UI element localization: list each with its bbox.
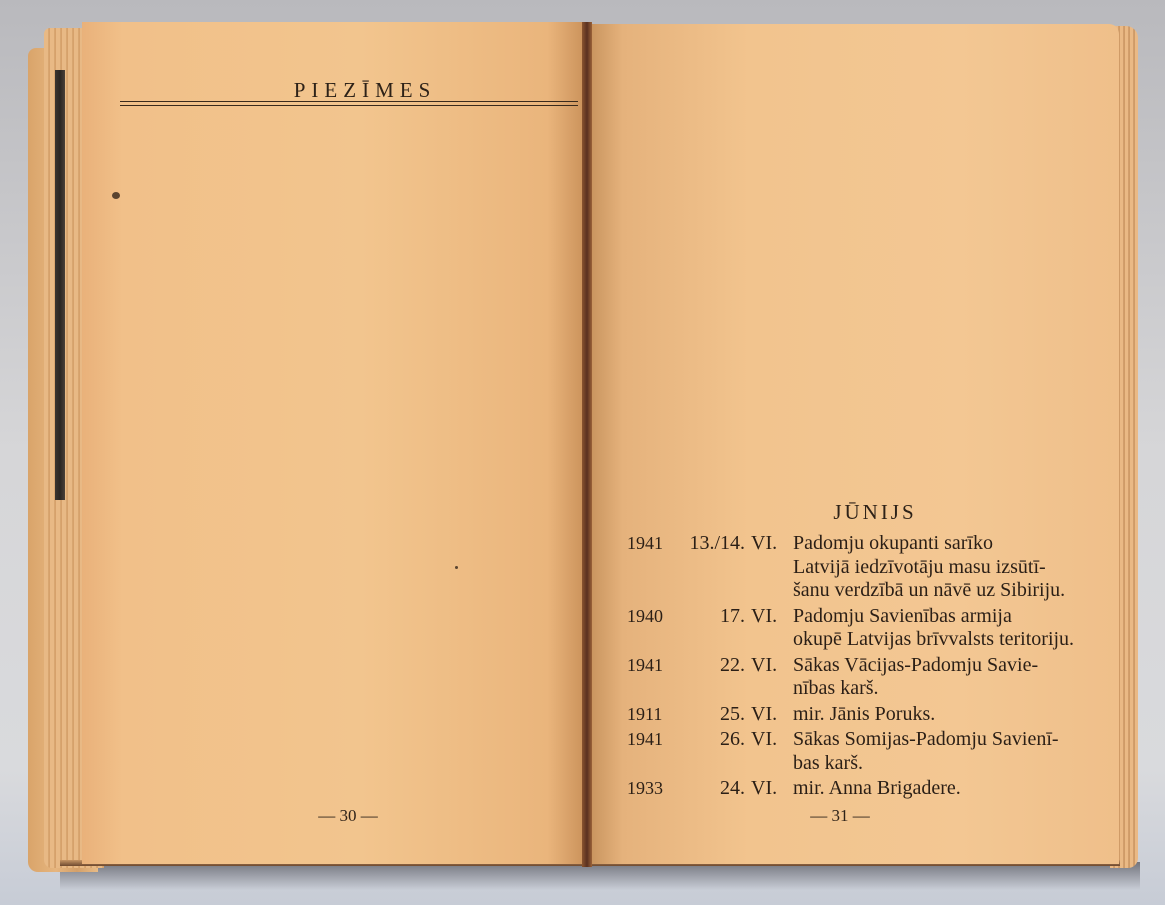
event-row: 1940 17. VI. Padomju Savienības armija o…	[627, 605, 1097, 652]
event-year: 1911	[627, 703, 667, 727]
event-date: 22.	[667, 654, 751, 701]
event-text: Padomju Savienības armija okupē Latvijas…	[793, 605, 1097, 652]
event-month: VI.	[751, 654, 793, 701]
event-text: mir. Jānis Poruks.	[793, 703, 1097, 727]
event-month: VI.	[751, 728, 793, 775]
event-month: VI.	[751, 777, 793, 801]
event-date: 24.	[667, 777, 751, 801]
left-page-number: — 30 —	[268, 806, 428, 826]
event-text: Sākas Vācijas-Padomju Savie- nības karš.	[793, 654, 1097, 701]
event-text: Sākas Somijas-Padomju Savienī- bas karš.	[793, 728, 1097, 775]
notes-title: PIEZĪMES	[262, 78, 437, 103]
event-row: 1941 22. VI. Sākas Vācijas-Padomju Savie…	[627, 654, 1097, 701]
event-date: 17.	[667, 605, 751, 652]
event-year: 1941	[627, 654, 667, 701]
book-shadow	[60, 862, 1140, 890]
right-page-number: — 31 —	[760, 806, 920, 826]
event-year: 1941	[627, 532, 667, 603]
paper-speck	[455, 566, 458, 569]
left-page-header: PIEZĪMES	[120, 78, 578, 103]
event-text: mir. Anna Brigadere.	[793, 777, 1097, 801]
header-rule-top	[120, 101, 578, 102]
event-month: VI.	[751, 703, 793, 727]
event-year: 1941	[627, 728, 667, 775]
book-gutter	[582, 22, 592, 867]
header-rule-bottom	[120, 105, 578, 106]
event-row: 1933 24. VI. mir. Anna Brigadere.	[627, 777, 1097, 801]
event-row: 1911 25. VI. mir. Jānis Poruks.	[627, 703, 1097, 727]
event-list: 1941 13./14. VI. Padomju okupanti sarīko…	[627, 532, 1097, 803]
open-book: PIEZĪMES — 30 — JŪNIJS 1941 13./14. VI. …	[0, 0, 1165, 905]
event-year: 1933	[627, 777, 667, 801]
event-text: Padomju okupanti sarīko Latvijā iedzīvot…	[793, 532, 1097, 603]
cover-spine-strip	[55, 70, 65, 500]
event-month: VI.	[751, 532, 793, 603]
event-row: 1941 13./14. VI. Padomju okupanti sarīko…	[627, 532, 1097, 603]
paper-stain	[112, 192, 120, 199]
event-year: 1940	[627, 605, 667, 652]
month-heading: JŪNIJS	[620, 500, 1130, 525]
event-date: 25.	[667, 703, 751, 727]
left-page	[82, 22, 588, 864]
event-date: 26.	[667, 728, 751, 775]
event-date: 13./14.	[667, 532, 751, 603]
event-month: VI.	[751, 605, 793, 652]
event-row: 1941 26. VI. Sākas Somijas-Padomju Savie…	[627, 728, 1097, 775]
